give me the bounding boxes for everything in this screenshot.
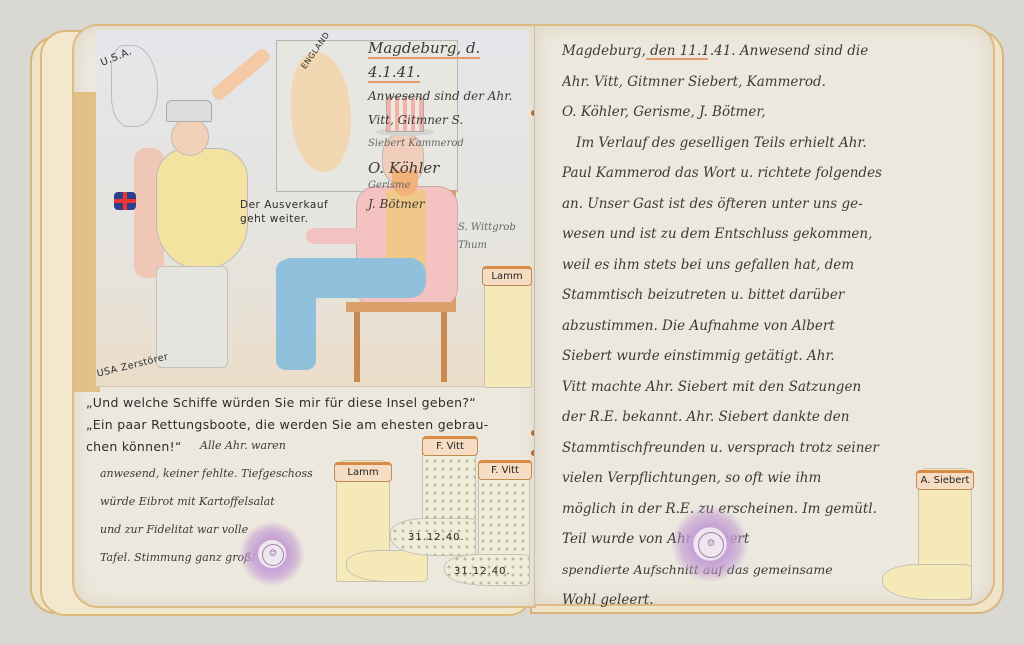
john-bull-head: [171, 118, 209, 156]
pointing-arm: [210, 47, 273, 103]
speech-caption: Der Ausverkauf geht weiter.: [240, 198, 350, 226]
uncle-sam-shin: [276, 260, 316, 370]
union-jack-flag-icon: [114, 192, 136, 210]
date-underline: [646, 58, 708, 60]
chair-leg: [354, 312, 360, 382]
sun-face-stamp-icon: ☺: [672, 506, 748, 582]
chair-seat: [346, 302, 456, 312]
uncle-sam-arm: [306, 228, 366, 244]
chair-leg: [441, 312, 447, 382]
entry-header-4-1-41: Magdeburg, d. 4.1.41. Anwesend sind der …: [368, 36, 528, 252]
bowler-hat-icon: [166, 100, 212, 122]
sun-face-stamp-icon: ☺: [240, 522, 304, 586]
john-bull-figure: [156, 148, 248, 270]
